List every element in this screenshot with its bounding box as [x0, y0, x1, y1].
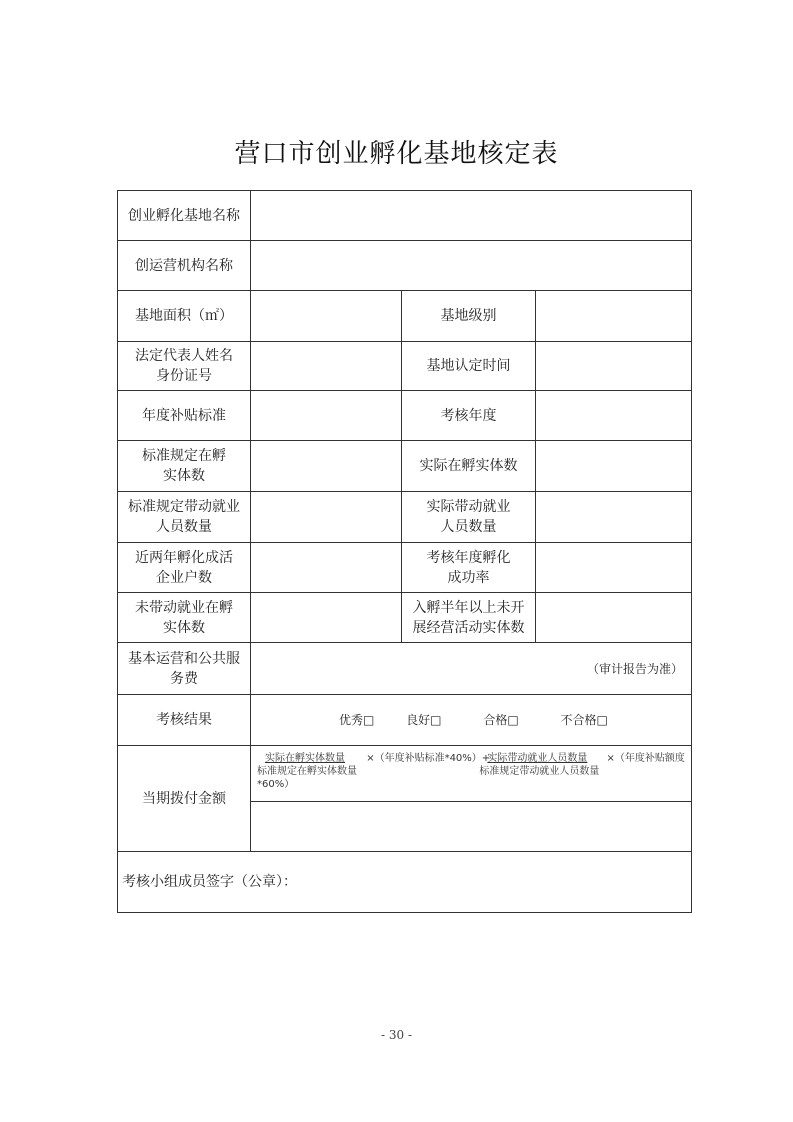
annual-subsidy-field[interactable] — [251, 391, 402, 441]
actual-incubating-field[interactable] — [536, 441, 692, 492]
inactive-label-line2: 展经营活动实体数 — [402, 618, 535, 638]
std-employment-field[interactable] — [251, 492, 402, 543]
signature-row[interactable]: 考核小组成员签字（公章）： — [118, 852, 692, 913]
formula-fraction-incubating: 实际在孵实体数量 标准规定在孵实体数量 — [257, 752, 357, 778]
payment-amount-field[interactable] — [251, 802, 692, 852]
result-options: 优秀□ 良好□ 合格□ 不合格□ — [251, 695, 692, 746]
std-incubating-label-line2: 实体数 — [118, 466, 250, 486]
std-employment-label-line2: 人员数量 — [118, 517, 250, 537]
actual-employment-field[interactable] — [536, 492, 692, 543]
area-label: 基地面积（㎡） — [118, 291, 251, 342]
area-field[interactable] — [251, 291, 402, 342]
no-employment-label-line2: 实体数 — [118, 618, 250, 638]
success-rate-label: 考核年度孵化 成功率 — [402, 543, 536, 593]
no-employment-label-line1: 未带动就业在孵 — [118, 598, 250, 618]
payment-formula: 实际在孵实体数量 标准规定在孵实体数量 ×（年度补贴标准*40%）+ 实际带动就… — [251, 746, 692, 802]
legal-rep-label-line2: 身份证号 — [118, 366, 250, 386]
std-incubating-label-line1: 标准规定在孵 — [118, 446, 250, 466]
signature-label: 考核小组成员签字（公章）： — [122, 874, 297, 890]
level-label: 基地级别 — [402, 291, 536, 342]
verification-form-table: 创业孵化基地名称 创运营机构名称 基地面积（㎡） 基地级别 法定代表人姓名 身份… — [117, 190, 691, 913]
operator-name-field[interactable] — [251, 241, 692, 291]
formula-frac2-denominator: 标准规定带动就业人员数量 — [479, 765, 599, 778]
std-employment-label-line1: 标准规定带动就业 — [118, 497, 250, 517]
success-rate-label-line1: 考核年度孵化 — [402, 548, 535, 568]
cert-time-field[interactable] — [536, 342, 692, 391]
result-option-fail[interactable]: 不合格□ — [561, 710, 608, 730]
two-year-label-line1: 近两年孵化成活 — [118, 548, 250, 568]
audit-report-note: （审计报告为准） — [587, 662, 683, 676]
result-option-good[interactable]: 良好□ — [406, 710, 441, 730]
success-rate-field[interactable] — [536, 543, 692, 593]
page-number: - 30 - — [0, 1028, 793, 1042]
inactive-label-line1: 入孵半年以上未开 — [402, 598, 535, 618]
inactive-entities-label: 入孵半年以上未开 展经营活动实体数 — [402, 593, 536, 643]
formula-frac2-numerator: 实际带动就业人员数量 — [479, 752, 599, 765]
service-fee-label: 基本运营和公共服 务费 — [118, 643, 251, 695]
document-title: 营口市创业孵化基地核定表 — [0, 133, 793, 170]
cert-time-label: 基地认定时间 — [402, 342, 536, 391]
service-fee-label-line2: 务费 — [118, 669, 250, 689]
two-year-label-line2: 企业户数 — [118, 568, 250, 588]
payment-label: 当期拨付金额 — [118, 746, 251, 852]
base-name-field[interactable] — [251, 191, 692, 241]
legal-rep-field[interactable] — [251, 342, 402, 391]
legal-rep-label-line1: 法定代表人姓名 — [118, 346, 250, 366]
formula-multiplier-1: ×（年度补贴标准*40%）+ — [366, 753, 490, 764]
annual-subsidy-label: 年度补贴标准 — [118, 391, 251, 441]
inactive-entities-field[interactable] — [536, 593, 692, 643]
base-name-label: 创业孵化基地名称 — [118, 191, 251, 241]
std-employment-label: 标准规定带动就业 人员数量 — [118, 492, 251, 543]
formula-frac1-numerator: 实际在孵实体数量 — [257, 752, 357, 765]
std-incubating-label: 标准规定在孵 实体数 — [118, 441, 251, 492]
two-year-survival-label: 近两年孵化成活 企业户数 — [118, 543, 251, 593]
level-field[interactable] — [536, 291, 692, 342]
success-rate-label-line2: 成功率 — [402, 568, 535, 588]
assessment-year-field[interactable] — [536, 391, 692, 441]
result-option-pass[interactable]: 合格□ — [483, 710, 518, 730]
formula-fraction-employment: 实际带动就业人员数量 标准规定带动就业人员数量 — [479, 752, 599, 778]
operator-name-label: 创运营机构名称 — [118, 241, 251, 291]
no-employment-label: 未带动就业在孵 实体数 — [118, 593, 251, 643]
service-fee-label-line1: 基本运营和公共服 — [118, 649, 250, 669]
formula-frac1-denominator: 标准规定在孵实体数量 — [257, 765, 357, 778]
actual-incubating-label: 实际在孵实体数 — [402, 441, 536, 492]
result-option-excellent[interactable]: 优秀□ — [339, 710, 374, 730]
actual-employment-label-line1: 实际带动就业 — [402, 497, 535, 517]
assessment-year-label: 考核年度 — [402, 391, 536, 441]
legal-rep-label: 法定代表人姓名 身份证号 — [118, 342, 251, 391]
actual-employment-label: 实际带动就业 人员数量 — [402, 492, 536, 543]
service-fee-field[interactable]: （审计报告为准） — [251, 643, 692, 695]
std-incubating-field[interactable] — [251, 441, 402, 492]
two-year-survival-field[interactable] — [251, 543, 402, 593]
result-label: 考核结果 — [118, 695, 251, 746]
actual-employment-label-line2: 人员数量 — [402, 517, 535, 537]
no-employment-field[interactable] — [251, 593, 402, 643]
